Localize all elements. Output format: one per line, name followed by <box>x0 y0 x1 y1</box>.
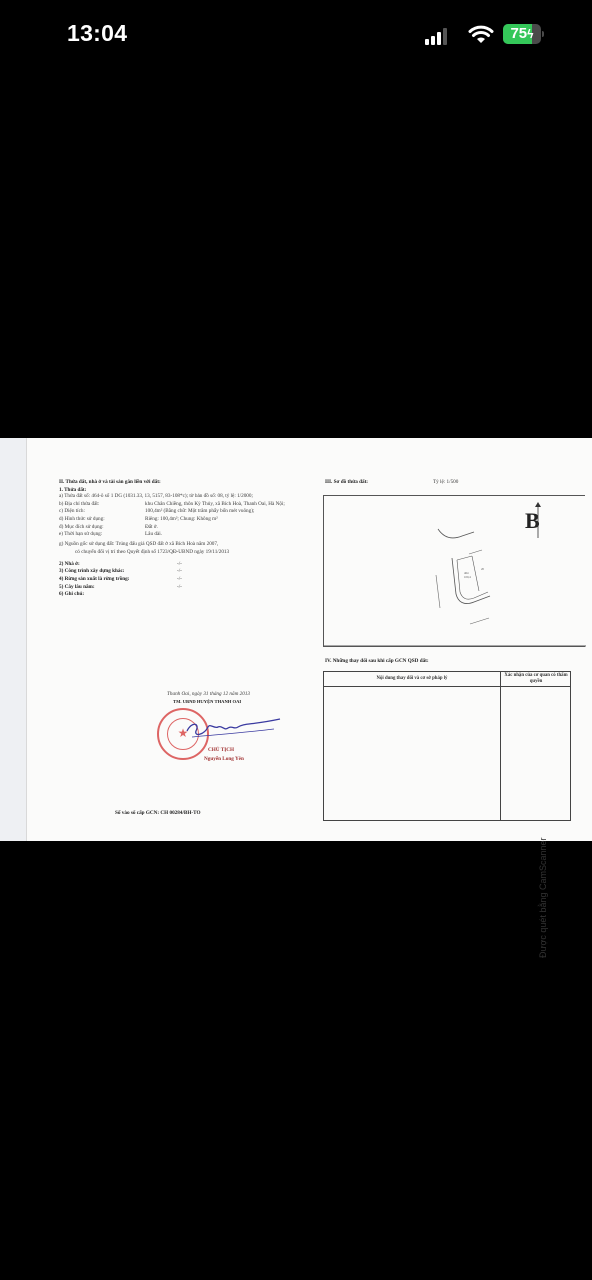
land-info-row: g) Nguồn gốc sử dụng đất: Trúng đấu giá … <box>59 541 309 549</box>
signature-authority: TM. UBND HUYỆN THANH OAI <box>173 699 241 706</box>
cellular-signal-icon <box>425 28 449 45</box>
land-info-label: có chuyển đổi vị trí theo Quyết định số … <box>75 549 229 556</box>
land-info-value: Lâu dài. <box>145 531 162 538</box>
changes-col-content: Nội dung thay đổi và cơ sở pháp lý <box>324 676 500 682</box>
map-scale: Tỷ lệ: 1/500 <box>433 479 458 486</box>
property-item-value: -/- <box>177 576 182 583</box>
wifi-icon <box>468 23 494 45</box>
property-item-label: 5) Cây lâu năm: <box>59 584 95 591</box>
property-item-label: 2) Nhà ở: <box>59 561 80 568</box>
section2-title: II. Thửa đất, nhà ở và tài sản gắn liền … <box>59 479 309 486</box>
signature-position: CHỦ TỊCH <box>208 747 234 754</box>
land-info-label: e) Thời hạn sử dụng: <box>59 531 102 538</box>
handwritten-signature <box>182 713 282 741</box>
changes-table: Nội dung thay đổi và cơ sở pháp lý Xác n… <box>323 671 571 821</box>
property-item-row: 6) Ghi chú: <box>59 591 309 599</box>
signature-name: Nguyễn Long Yên <box>204 756 244 763</box>
land-info-value: Riêng: 100,4m²; Chung: Không m² <box>145 516 218 523</box>
land-info-label: c) Diện tích: <box>59 508 85 515</box>
property-item-label: 6) Ghi chú: <box>59 591 84 598</box>
land-info-label: d) Hình thức sử dụng: <box>59 516 105 523</box>
land-certificate-page: II. Thửa đất, nhà ở và tài sản gắn liền … <box>27 438 572 841</box>
section-land-info: II. Thửa đất, nhà ở và tài sản gắn liền … <box>59 479 309 599</box>
status-time: 13:04 <box>67 20 127 47</box>
property-item-row: 5) Cây lâu năm:-/- <box>59 584 309 592</box>
land-info-row: e) Thời hạn sử dụng:Lâu dài. <box>59 531 309 539</box>
property-item-label: 4) Rừng sản xuất là rừng trồng: <box>59 576 130 583</box>
section3-title: III. Sơ đồ thửa đất: <box>325 479 368 486</box>
parcel-diagram: 464 100,4 20 <box>324 496 586 648</box>
land-info-row: c) Diện tích:100,4m² (Bằng chữ: Một trăm… <box>59 508 309 516</box>
land-info-row: d) Hình thức sử dụng:Riêng: 100,4m²; Chu… <box>59 516 309 524</box>
scanned-document-image: II. Thửa đất, nhà ở và tài sản gắn liền … <box>0 438 592 841</box>
section4-title: IV. Những thay đổi sau khi cấp GCN QSD đ… <box>325 658 429 665</box>
battery-cap <box>542 31 544 37</box>
land-info-row: a) Thửa đất số: 464-ô số 1 DG (1031.33, … <box>59 493 309 501</box>
svg-text:100,4: 100,4 <box>464 575 471 580</box>
item-rows: 2) Nhà ở:-/-3) Công trình xây dựng khác:… <box>59 561 309 599</box>
battery-label: 75ϟ <box>503 24 541 44</box>
property-item-row: 3) Công trình xây dựng khác:-/- <box>59 568 309 576</box>
property-item-row: 4) Rừng sản xuất là rừng trồng:-/- <box>59 576 309 584</box>
land-info-value: Đất ở. <box>145 524 158 531</box>
signature-place-date: Thanh Oai, ngày 31 tháng 12 năm 2013 <box>167 691 250 698</box>
land-info-row: có chuyển đổi vị trí theo Quyết định số … <box>59 549 309 557</box>
land-info-value: khu Chân Chiềng, thôn Kỳ Thủy, xã Bích H… <box>145 501 285 508</box>
property-item-value: -/- <box>177 561 182 568</box>
camscanner-watermark: Được quét bằng CamScanner <box>538 838 548 959</box>
land-info-label: b) Địa chỉ thửa đất: <box>59 501 99 508</box>
land-info-label: g) Nguồn gốc sử dụng đất: Trúng đấu giá … <box>59 541 218 548</box>
changes-col-confirm: Xác nhận của cơ quan có thẩm quyền <box>502 673 570 684</box>
parcel-map: B 464 100,4 20 <box>323 495 585 647</box>
scan-page-edge <box>0 438 27 841</box>
status-bar: 13:04 75ϟ <box>0 0 592 70</box>
property-item-value: -/- <box>177 584 182 591</box>
land-info-value: 100,4m² (Bằng chữ: Một trăm phẩy bốn mét… <box>145 508 254 515</box>
land-rows: a) Thửa đất số: 464-ô số 1 DG (1031.33, … <box>59 493 309 557</box>
property-item-value: -/- <box>177 568 182 575</box>
land-info-label: a) Thửa đất số: 464-ô số 1 DG (1031.33, … <box>59 493 253 500</box>
property-item-label: 3) Công trình xây dựng khác: <box>59 568 125 575</box>
land-info-label: đ) Mục đích sử dụng: <box>59 524 104 531</box>
svg-text:20: 20 <box>481 567 485 571</box>
battery-indicator: 75ϟ <box>503 24 541 44</box>
register-number: Số vào sổ cấp GCN: CH 00284/BH-TO <box>115 810 201 817</box>
bolt-icon: ϟ <box>527 27 533 41</box>
